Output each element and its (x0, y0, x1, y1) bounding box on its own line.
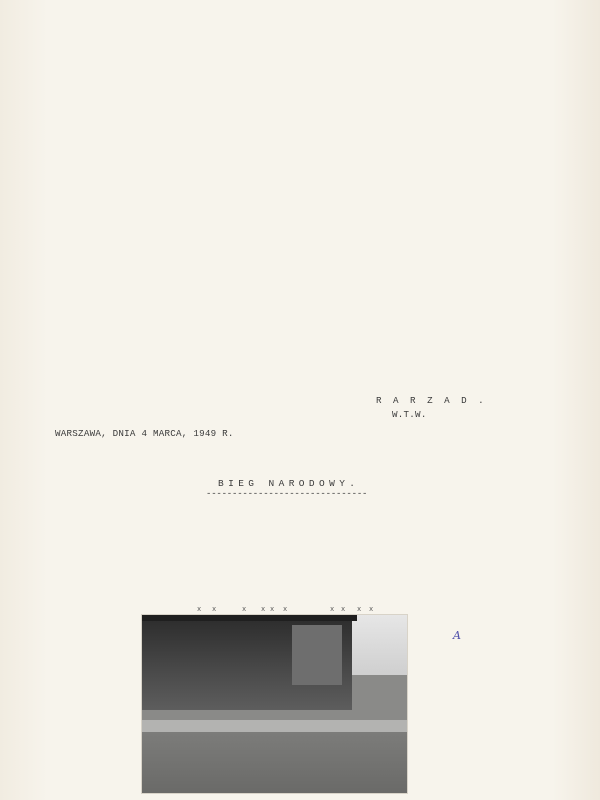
x-mark: x (330, 606, 334, 614)
section-title: BIEG NARODOWY. (218, 478, 359, 489)
x-mark: x (261, 606, 265, 614)
place-date: WARSZAWA, DNIA 4 MARCA, 1949 R. (55, 428, 234, 439)
x-mark: x (242, 606, 246, 614)
team-photo (142, 615, 407, 793)
x-mark: x (283, 606, 287, 614)
x-mark: x (369, 606, 373, 614)
signature-org: W.T.W. (392, 409, 427, 420)
title-rule: ------------------------------- (206, 489, 367, 500)
x-mark: x (197, 606, 201, 614)
x-mark: x (270, 606, 274, 614)
x-mark: x (341, 606, 345, 614)
x-mark: x (357, 606, 361, 614)
handwritten-mark: A (453, 629, 461, 642)
document-page: R A R Z A D . W.T.W. WARSZAWA, DNIA 4 MA… (0, 0, 600, 800)
x-mark: x (212, 606, 216, 614)
signature-board: R A R Z A D . (376, 395, 487, 406)
